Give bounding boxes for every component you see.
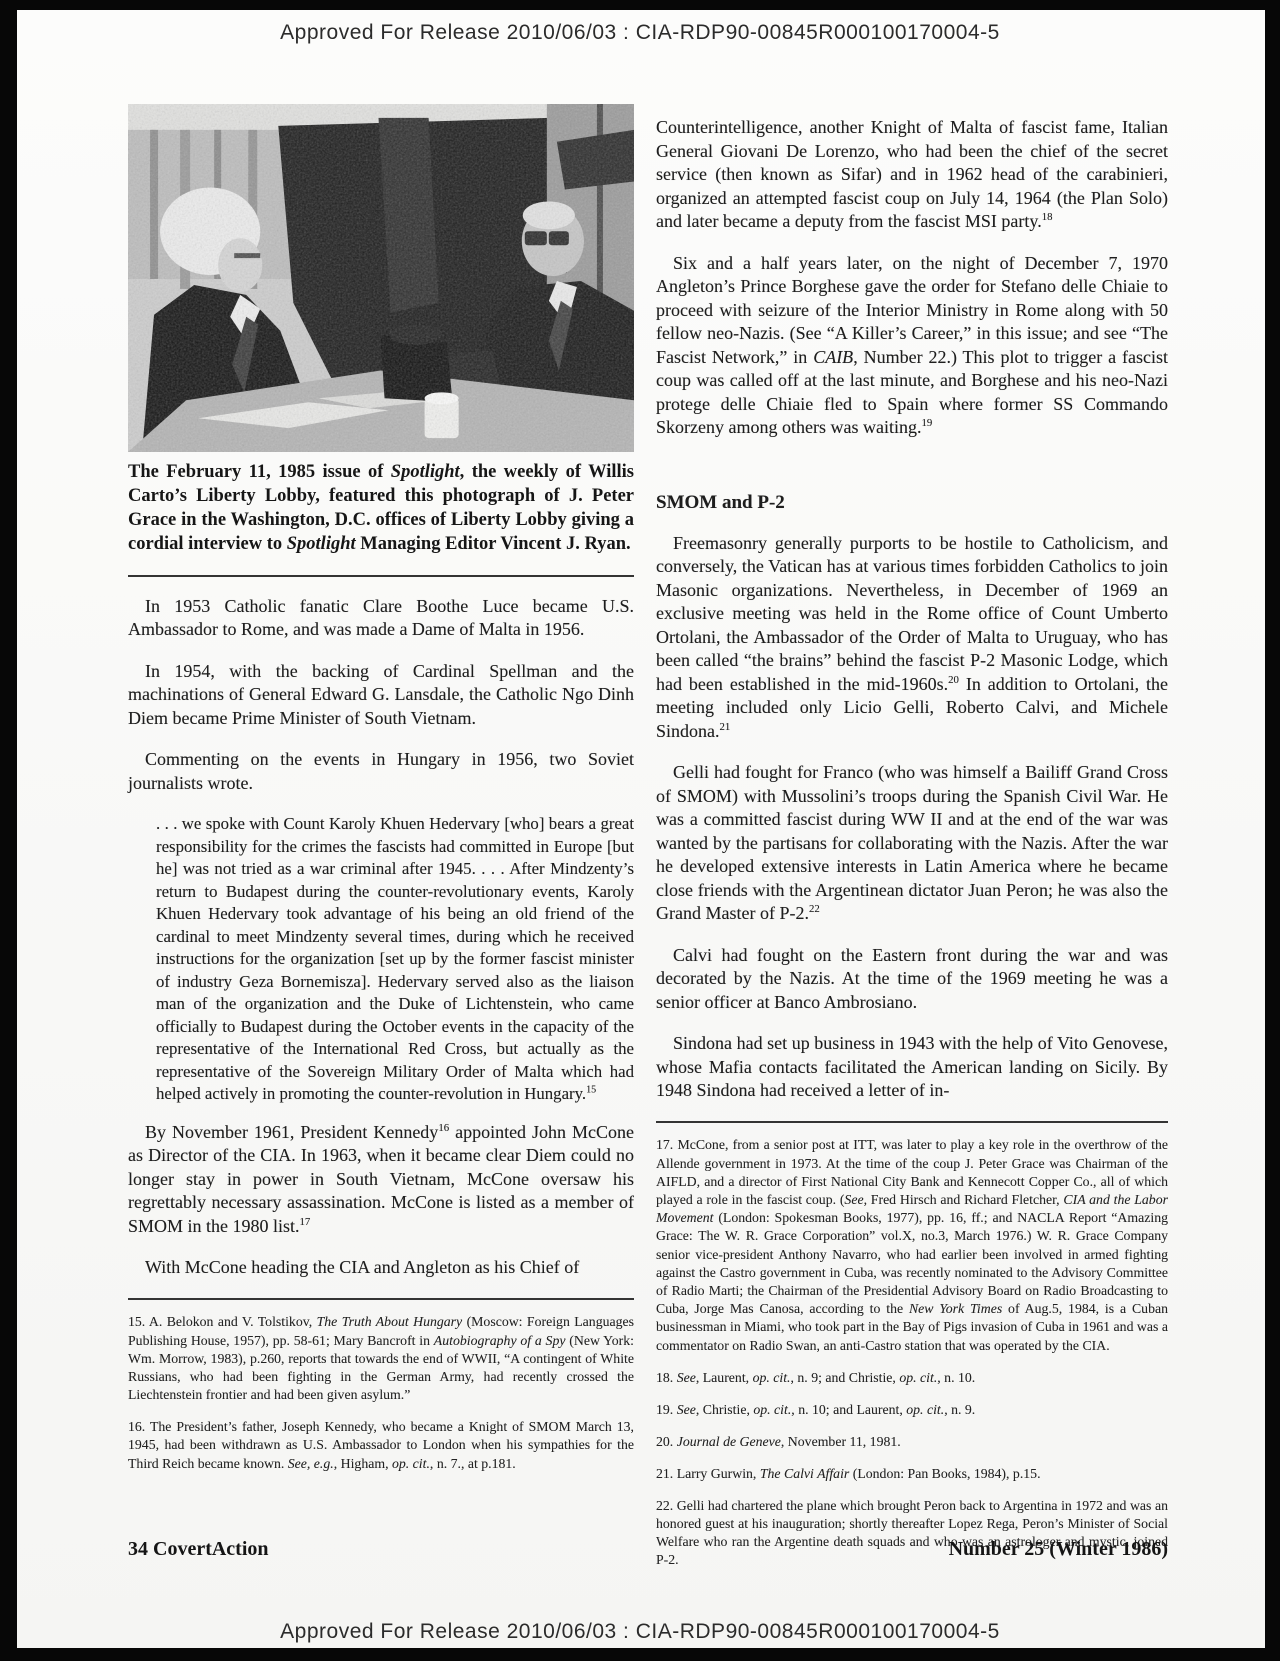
paragraph-borghese-coup: Six and a half years later, on the night… [656, 252, 1168, 440]
declassification-banner-bottom: Approved For Release 2010/06/03 : CIA-RD… [0, 1620, 1280, 1644]
interview-photo [128, 104, 634, 452]
footnote-18: 18. See, Laurent, op. cit., n. 9; and Ch… [656, 1369, 1168, 1387]
page-number-magazine-title: 34 CovertAction [128, 1538, 269, 1561]
paragraph-mccone-continuation: With McCone heading the CIA and Angleton… [128, 1256, 634, 1280]
paragraph-sindona: Sindona had set up business in 1943 with… [656, 1032, 1168, 1103]
paragraph-freemasonry: Freemasonry generally purports to be hos… [656, 532, 1168, 744]
paragraph-mccone: By November 1961, President Kennedy16 ap… [128, 1121, 634, 1239]
scan-border-right [1265, 0, 1280, 1661]
scanned-document-page: Approved For Release 2010/06/03 : CIA-RD… [0, 0, 1280, 1661]
footnote-divider-left [128, 1298, 634, 1300]
block-quote-hedervary: . . . we spoke with Count Karoly Khuen H… [156, 813, 634, 1106]
caption-divider-rule [128, 575, 634, 577]
right-column: Counterintelligence, another Knight of M… [656, 98, 1168, 1583]
footnote-19: 19. See, Christie, op. cit., n. 10; and … [656, 1401, 1168, 1419]
interview-photo-graphic [128, 104, 634, 452]
scan-border-left [0, 0, 17, 1661]
footnote-16: 16. The President’s father, Joseph Kenne… [128, 1418, 634, 1473]
section-heading-smom-p2: SMOM and P-2 [656, 492, 1168, 514]
footnote-21: 21. Larry Gurwin, The Calvi Affair (Lond… [656, 1465, 1168, 1483]
left-column: The February 11, 1985 issue of Spotlight… [128, 104, 634, 1487]
issue-label: Number 25 (Winter 1986) [949, 1538, 1168, 1561]
paragraph-hungary-intro: Commenting on the events in Hungary in 1… [128, 748, 634, 795]
scan-border-top [0, 0, 1280, 10]
photo-caption: The February 11, 1985 issue of Spotlight… [128, 460, 634, 556]
footnote-17: 17. McCone, from a senior post at ITT, w… [656, 1136, 1168, 1354]
footnote-divider-right [656, 1121, 1168, 1123]
declassification-banner-top: Approved For Release 2010/06/03 : CIA-RD… [0, 21, 1280, 45]
paragraph-de-lorenzo: Counterintelligence, another Knight of M… [656, 116, 1168, 234]
paragraph-calvi: Calvi had fought on the Eastern front du… [656, 944, 1168, 1015]
paragraph-diem: In 1954, with the backing of Cardinal Sp… [128, 660, 634, 731]
scan-border-bottom [0, 1648, 1280, 1661]
footnote-15: 15. A. Belokon and V. Tolstikov, The Tru… [128, 1313, 634, 1404]
paragraph-gelli: Gelli had fought for Franco (who was him… [656, 761, 1168, 926]
footnote-20: 20. Journal de Geneve, November 11, 1981… [656, 1433, 1168, 1451]
paragraph-luce: In 1953 Catholic fanatic Clare Boothe Lu… [128, 595, 634, 642]
